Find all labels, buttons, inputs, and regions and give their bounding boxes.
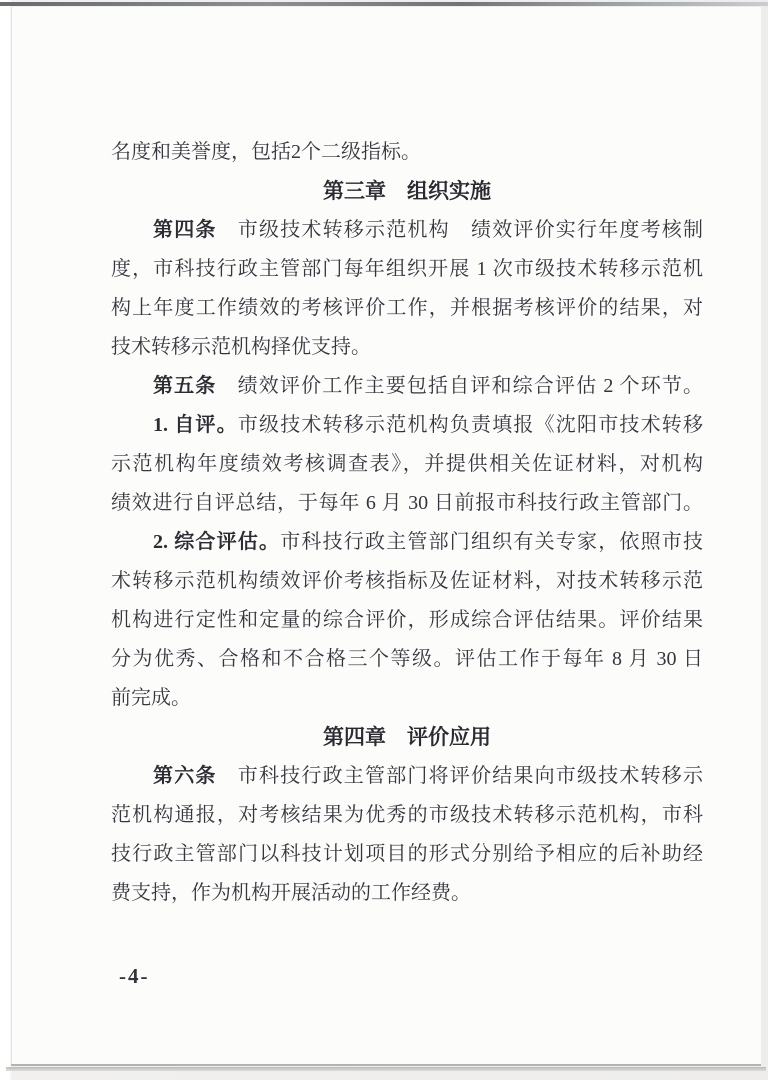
comprehensive-eval-line-5: 前完成。 [111, 679, 703, 718]
article-6-line-2: 范机构通报，对考核结果为优秀的市级技术转移示范机构，市科 [111, 796, 703, 835]
article-4-line-1: 第四条 市级技术转移示范机构 绩效评价实行年度考核制 [111, 211, 703, 250]
article-6-line-1: 第六条 市科技行政主管部门将评价结果向市级技术转移示 [111, 757, 703, 796]
chapter-3-heading: 第三章 组织实施 [111, 172, 703, 211]
self-eval-line-2: 示范机构年度绩效考核调查表》，并提供相关佐证材料，对机构 [111, 445, 703, 484]
scan-bottom-shadow [6, 1067, 766, 1071]
scanned-page-frame: 名度和美誉度，包括2个二级指标。第三章 组织实施第四条 市级技术转移示范机构 绩… [0, 0, 768, 1080]
comprehensive-eval-line-2: 术转移示范机构绩效评价考核指标及佐证材料，对技术转移示范 [111, 562, 703, 601]
page-number: -4- [119, 961, 150, 991]
document-paper: 名度和美誉度，包括2个二级指标。第三章 组织实施第四条 市级技术转移示范机构 绩… [11, 7, 761, 1064]
comprehensive-eval-line-4: 分为优秀、合格和不合格三个等级。评估工作于每年 8 月 30 日 [111, 640, 703, 679]
article-6-line-3: 技行政主管部门以科技计划项目的形式分别给予相应的后补助经 [111, 835, 703, 874]
article-4-line-3: 构上年度工作绩效的考核评价工作，并根据考核评价的结果，对 [111, 289, 703, 328]
article-4-line-4: 技术转移示范机构择优支持。 [111, 328, 703, 367]
article-4-line-2: 度，市科技行政主管部门每年组织开展 1 次市级技术转移示范机 [111, 250, 703, 289]
para-continuation-line: 名度和美誉度，包括2个二级指标。 [111, 133, 703, 172]
self-eval-line-1: 1. 自评。市级技术转移示范机构负责填报《沈阳市技术转移 [111, 406, 703, 445]
comprehensive-eval-line-1: 2. 综合评估。市科技行政主管部门组织有关专家，依照市技 [111, 523, 703, 562]
article-6-line-4: 费支持，作为机构开展活动的工作经费。 [111, 874, 703, 913]
article-5-line-1: 第五条 绩效评价工作主要包括自评和综合评估 2 个环节。 [111, 367, 703, 406]
scan-top-edge [0, 2, 768, 6]
comprehensive-eval-line-3: 机构进行定性和定量的综合评价，形成综合评估结果。评价结果 [111, 601, 703, 640]
document-lines: 名度和美誉度，包括2个二级指标。第三章 组织实施第四条 市级技术转移示范机构 绩… [111, 133, 703, 913]
self-eval-line-3: 绩效进行自评总结，于每年 6 月 30 日前报市科技行政主管部门。 [111, 484, 703, 523]
chapter-4-heading: 第四章 评价应用 [111, 718, 703, 757]
